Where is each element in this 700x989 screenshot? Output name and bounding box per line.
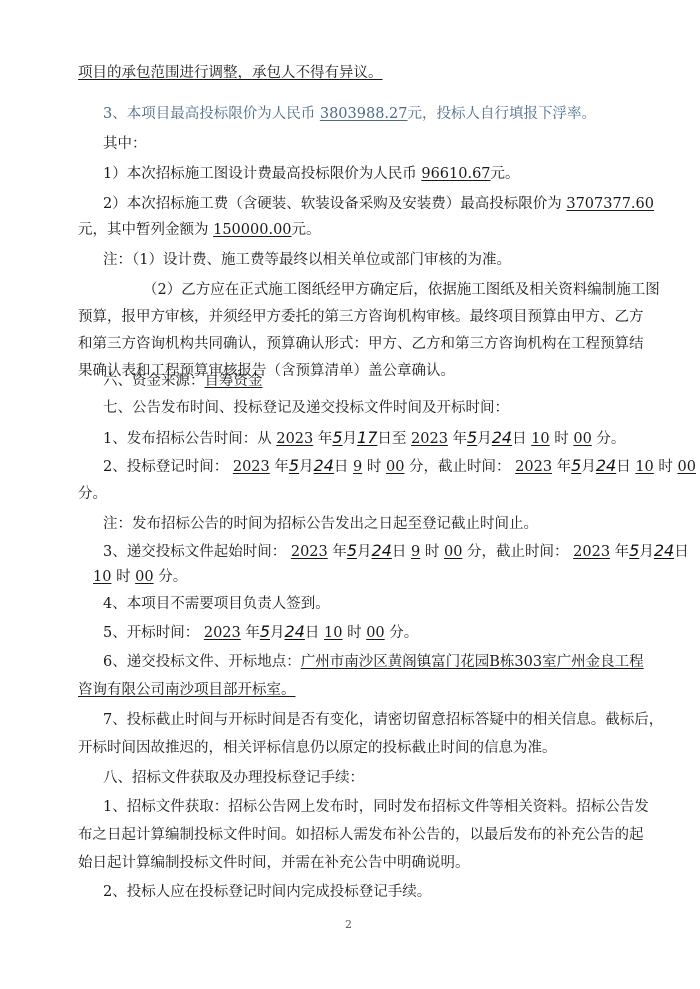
hour-value: 10	[324, 625, 342, 641]
note-text: 和第三方咨询机构共同确认，预算确认形式：甲方、乙方和第三方咨询机构在工程预算结	[78, 336, 644, 352]
paragraph-line: 其中：	[103, 134, 700, 154]
handwritten-month: 5	[571, 456, 581, 475]
opening-time-line: 5、开标时间： 2023 年5月24日 10 时 00 分。	[103, 622, 700, 643]
label: 分，截止时间：	[467, 544, 569, 560]
design-fee-value: 96610.67	[421, 166, 490, 182]
paragraph-line: 项目的承包范围进行调整，承包人不得有异议。	[78, 63, 700, 83]
hour-value: 10	[531, 431, 549, 447]
handwritten-month: 5	[467, 428, 477, 447]
unit: 月	[477, 431, 492, 447]
hour-value: 10	[635, 459, 653, 475]
handwritten-day: 17	[357, 428, 377, 447]
underlined-text: 项目的承包范围进行调整，承包人不得有异议。	[78, 65, 383, 81]
label: 6、递交投标文件、开标地点：	[103, 654, 301, 670]
paragraph-line: 2、投标人应在投标登记时间内完成投标登记手续。	[103, 882, 700, 902]
minute-value: 00	[573, 431, 591, 447]
minute-value: 00	[135, 569, 153, 585]
unit: 年	[332, 544, 347, 560]
max-price-line: 3、本项目最高投标限价为人民币 3803988.27元，投标人自行填报下浮率。	[103, 104, 700, 124]
unit: 分。	[389, 625, 418, 641]
handwritten-month: 5	[629, 541, 639, 560]
paragraph-line: 7、投标截止时间与开标时间是否有变化，请密切留意招标答疑中的相关信息。截标后，	[103, 710, 700, 730]
year-value: 2023	[276, 431, 313, 447]
unit: 日	[392, 544, 407, 560]
label: 其中：	[103, 136, 147, 152]
paragraph-line: 开标时间因故推迟的，相关评标信息仍以原定的投标截止时间的信息为准。	[78, 738, 700, 758]
paragraph-line: 1、招标文件获取：招标公告网上发布时，同时发布招标文件等相关资料。招标公告发	[103, 797, 700, 817]
label: 元，投标人自行填报下浮率。	[407, 106, 596, 122]
heading-text: 八、招标文件获取及办理投标登记手续：	[103, 770, 364, 786]
year-value: 2023	[573, 544, 610, 560]
max-price-value: 3803988.27	[320, 106, 408, 122]
unit: 日	[305, 625, 320, 641]
submission-time-cont: 10 时 00 分。	[93, 567, 700, 587]
minute-value: 00	[366, 625, 384, 641]
paragraph-line: 布之日起计算编制投标文件时间。如招标人需发布补公告的，以最后发布的补充公告的起	[78, 825, 700, 845]
unit: 年	[245, 625, 260, 641]
unit: 时	[347, 625, 362, 641]
label: 六、资金来源：	[103, 373, 205, 389]
unit: 年	[318, 431, 333, 447]
paragraph-text: 布之日起计算编制投标文件时间。如招标人需发布补公告的，以最后发布的补充公告的起	[78, 827, 644, 843]
label: 元，其中暂列金额为	[78, 222, 209, 238]
unit: 时	[425, 544, 440, 560]
paragraph-text: 7、投标截止时间与开标时间是否有变化，请密切留意招标答疑中的相关信息。截标后，	[103, 712, 663, 728]
unit: 日	[616, 459, 631, 475]
note-text: 注：发布招标公告的时间为招标公告发出之日起至登记截止时间止。	[103, 516, 538, 532]
handwritten-day: 24	[314, 456, 334, 475]
unit: 时	[367, 459, 382, 475]
submission-time-line: 3、递交投标文件起始时间： 2023 年5月24日 9 时 00 分，截止时间：…	[103, 541, 700, 562]
unit: 月	[343, 431, 358, 447]
minute-value: 00	[677, 459, 695, 475]
paragraph-line: 分。	[78, 484, 700, 504]
label: 1、发布招标公告时间：从	[103, 431, 272, 447]
announcement-time-line: 1、发布招标公告时间：从 2023 年5月17日至 2023 年5月24日 10…	[103, 428, 700, 449]
construction-fee-line: 2）本次招标施工费（含硬装、软装设备采购及安装费）最高投标限价为 3707377…	[103, 194, 700, 214]
label: 分，截止时间：	[409, 459, 511, 475]
unit: 月	[357, 544, 372, 560]
hour-value: 9	[353, 459, 362, 475]
year-value: 2023	[291, 544, 328, 560]
unit: 年	[453, 431, 468, 447]
handwritten-day: 24	[654, 541, 674, 560]
unit: 月	[299, 459, 314, 475]
note-text: 预算，报甲方审核，并须经甲方委托的第三方咨询机构审核。最终项目预算由甲方、乙方	[78, 309, 644, 325]
hour-value: 10	[93, 569, 111, 585]
provisional-sum-value: 150000.00	[213, 222, 291, 238]
unit: 时	[116, 569, 131, 585]
note-line: 注：发布招标公告的时间为招标公告发出之日起至登记截止时间止。	[103, 514, 700, 534]
note-text: 注：（1）设计费、施工费等最终以相关单位或部门审核的为准。	[103, 252, 511, 268]
label: 2）本次招标施工费（含硬装、软装设备采购及安装费）最高投标限价为	[103, 196, 562, 212]
paragraph-line: 注：（1）设计费、施工费等最终以相关单位或部门审核的为准。	[103, 250, 700, 270]
funding-source-line: 六、资金来源：自筹资金	[103, 371, 700, 391]
label: 5、开标时间：	[103, 625, 199, 641]
paragraph-line: 和第三方咨询机构共同确认，预算确认形式：甲方、乙方和第三方咨询机构在工程预算结	[78, 334, 700, 354]
paragraph-line: （2）乙方应在正式施工图纸经甲方确定后，依据施工图纸及相关资料编制施工图	[143, 280, 700, 300]
location-line: 6、递交投标文件、开标地点：广州市南沙区黄阁镇富门花园B栋303室广州金良工程	[103, 652, 700, 672]
handwritten-month: 5	[332, 428, 342, 447]
unit: 日	[512, 431, 527, 447]
handwritten-day: 24	[492, 428, 512, 447]
paragraph-line: 始日起计算编制投标文件时间，并需在补充公告中明确说明。	[78, 853, 700, 873]
paragraph-text: 2、投标人应在投标登记时间内完成投标登记手续。	[103, 884, 431, 900]
paragraph-text: 始日起计算编制投标文件时间，并需在补充公告中明确说明。	[78, 855, 470, 871]
design-fee-line: 1）本次招标施工图设计费最高投标限价为人民币 96610.67元。	[103, 164, 700, 184]
label: 日至	[377, 431, 406, 447]
unit: 分。	[158, 569, 187, 585]
minute-value: 00	[444, 544, 462, 560]
unit: 月	[639, 544, 654, 560]
handwritten-month: 5	[289, 456, 299, 475]
document-page: 项目的承包范围进行调整，承包人不得有异议。 3、本项目最高投标限价为人民币 38…	[0, 0, 700, 989]
funding-source-value: 自筹资金	[205, 373, 263, 389]
section-heading: 八、招标文件获取及办理投标登记手续：	[103, 768, 700, 788]
note-text: （2）乙方应在正式施工图纸经甲方确定后，依据施工图纸及相关资料编制施工图	[143, 282, 660, 298]
unit: 日	[334, 459, 349, 475]
handwritten-day: 24	[285, 622, 305, 641]
label: 4、本项目不需要项目负责人签到。	[103, 596, 330, 612]
provisional-sum-line: 元，其中暂列金额为 150000.00元。	[78, 220, 700, 240]
location-line-cont: 咨询有限公司南沙项目部开标室。	[78, 680, 700, 700]
construction-fee-value: 3707377.60	[566, 196, 654, 212]
heading-text: 七、公告发布时间、投标登记及递交投标文件时间及开标时间：	[103, 400, 509, 416]
handwritten-month: 5	[347, 541, 357, 560]
label: 1）本次招标施工图设计费最高投标限价为人民币	[103, 166, 417, 182]
paragraph-line: 4、本项目不需要项目负责人签到。	[103, 594, 700, 614]
paragraph-text: 1、招标文件获取：招标公告网上发布时，同时发布招标文件等相关资料。招标公告发	[103, 799, 649, 815]
label: 2、投标登记时间：	[103, 459, 228, 475]
handwritten-day: 24	[372, 541, 392, 560]
handwritten-day: 24	[596, 456, 616, 475]
unit: 月	[270, 625, 285, 641]
label: 元。	[491, 166, 520, 182]
handwritten-month: 5	[260, 622, 270, 641]
year-value: 2023	[411, 431, 448, 447]
label: 3、本项目最高投标限价为人民币	[103, 106, 315, 122]
registration-time-line: 2、投标登记时间： 2023 年5月24日 9 时 00 分，截止时间： 202…	[103, 456, 700, 477]
year-value: 2023	[204, 625, 241, 641]
unit: 年	[274, 459, 289, 475]
location-value: 广州市南沙区黄阁镇富门花园B栋303室广州金良工程	[301, 654, 644, 670]
hour-value: 9	[411, 544, 420, 560]
unit: 年	[557, 459, 572, 475]
year-value: 2023	[233, 459, 270, 475]
unit: 时	[658, 459, 673, 475]
label: 3、递交投标文件起始时间：	[103, 544, 286, 560]
location-value: 咨询有限公司南沙项目部开标室。	[78, 682, 296, 698]
label: 元。	[292, 222, 321, 238]
paragraph-text: 开标时间因故推迟的，相关评标信息仍以原定的投标截止时间的信息为准。	[78, 740, 557, 756]
section-heading: 七、公告发布时间、投标登记及递交投标文件时间及开标时间：	[103, 398, 700, 418]
label: 分。	[78, 486, 107, 502]
page-number: 2	[345, 918, 352, 931]
unit: 年	[615, 544, 630, 560]
unit: 月	[581, 459, 596, 475]
unit: 时	[554, 431, 569, 447]
unit: 日	[674, 544, 689, 560]
minute-value: 00	[386, 459, 404, 475]
paragraph-line: 预算，报甲方审核，并须经甲方委托的第三方咨询机构审核。最终项目预算由甲方、乙方	[78, 307, 700, 327]
year-value: 2023	[515, 459, 552, 475]
unit: 分。	[596, 431, 625, 447]
